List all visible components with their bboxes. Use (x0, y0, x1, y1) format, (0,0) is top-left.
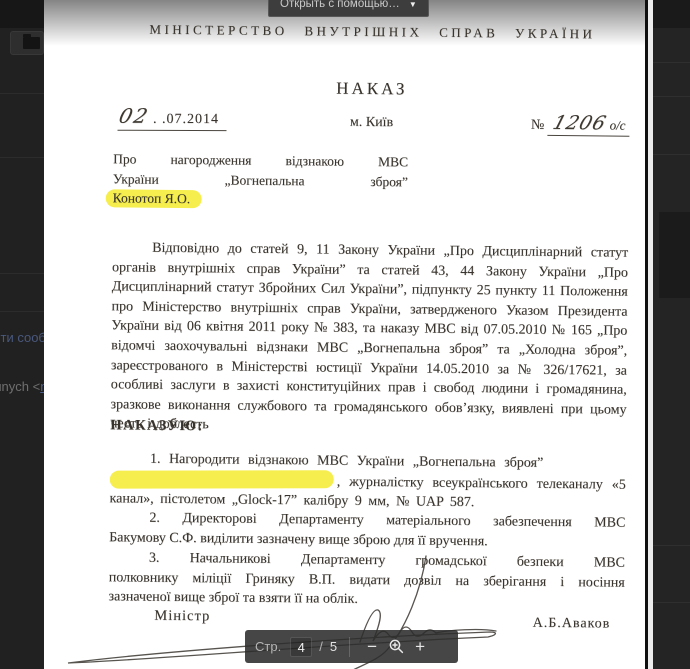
magnifier-plus-icon (388, 638, 405, 655)
row-divider (653, 545, 690, 546)
redacted-highlight (110, 470, 334, 488)
signer-title: Міністр (154, 608, 210, 626)
background-left-panel: сти сообщ runych <m (0, 0, 44, 669)
total-pages: 5 (330, 639, 337, 654)
drive-preview-screen: сти сообщ runych <m МІНІСТЕРСТВО ВНУТРІШ… (0, 0, 690, 669)
row-divider (0, 311, 44, 312)
row-divider (653, 154, 690, 155)
chevron-down-icon: ▼ (409, 0, 417, 9)
background-email-fragment: runych <m (0, 379, 44, 394)
row-divider (653, 62, 690, 63)
order-item-2: 2. Директорові Департаменту матеріальног… (109, 508, 625, 552)
background-right-panel (653, 0, 690, 669)
background-thumbnail (659, 212, 690, 298)
row-divider (0, 273, 44, 274)
folder-button[interactable] (10, 31, 44, 55)
signer-name: А.Б.Аваков (533, 616, 611, 633)
viewer-toolbar: Стр. 4 / 5 − + (245, 630, 458, 663)
zoom-magnifier-button[interactable] (384, 635, 408, 659)
zoom-in-button[interactable]: + (408, 635, 432, 659)
folder-icon (23, 37, 40, 49)
handwritten-number: 1206 (551, 112, 610, 134)
date-row: 02 . .07.2014 м. Київ № 1206 о/с (113, 103, 629, 138)
toolbar-divider (349, 637, 350, 657)
background-top-shade (653, 0, 690, 28)
order-item-3: 3. Начальникові Департаменту громадської… (108, 548, 625, 612)
scanned-order-document: МІНІСТЕРСТВО ВНУТРІШНІХ СПРАВ УКРАЇНИ НА… (108, 0, 631, 669)
order-preamble: Відповідно до статей 9, 11 Закону Україн… (110, 238, 628, 439)
row-divider (0, 93, 44, 94)
background-text-fragment: сти сообщ (0, 330, 44, 345)
page-label: Стр. (255, 639, 281, 654)
order-item-1: 1. Нагородити відзнакою МВС України „Вог… (109, 449, 626, 514)
highlighted-name: Конотоп Я.О. (106, 189, 203, 208)
vertical-scrollbar[interactable] (648, 0, 653, 669)
row-divider (0, 157, 44, 158)
order-number: № 1206 о/с (531, 112, 630, 137)
open-with-button[interactable]: Открыть с помощью… ▼ (268, 0, 429, 17)
page-number-input[interactable]: 4 (290, 637, 312, 657)
document-page: МІНІСТЕРСТВО ВНУТРІШНІХ СПРАВ УКРАЇНИ НА… (44, 0, 645, 669)
ministry-header: МІНІСТЕРСТВО ВНУТРІШНІХ СПРАВ УКРАЇНИ (114, 21, 630, 42)
order-subject: Про нагородження відзнакою МВС України „… (113, 149, 409, 211)
zoom-out-button[interactable]: − (360, 635, 384, 659)
order-title: НАКАЗ (114, 76, 630, 101)
background-top-shade (0, 0, 44, 28)
row-divider (653, 96, 690, 97)
row-divider (653, 602, 690, 603)
